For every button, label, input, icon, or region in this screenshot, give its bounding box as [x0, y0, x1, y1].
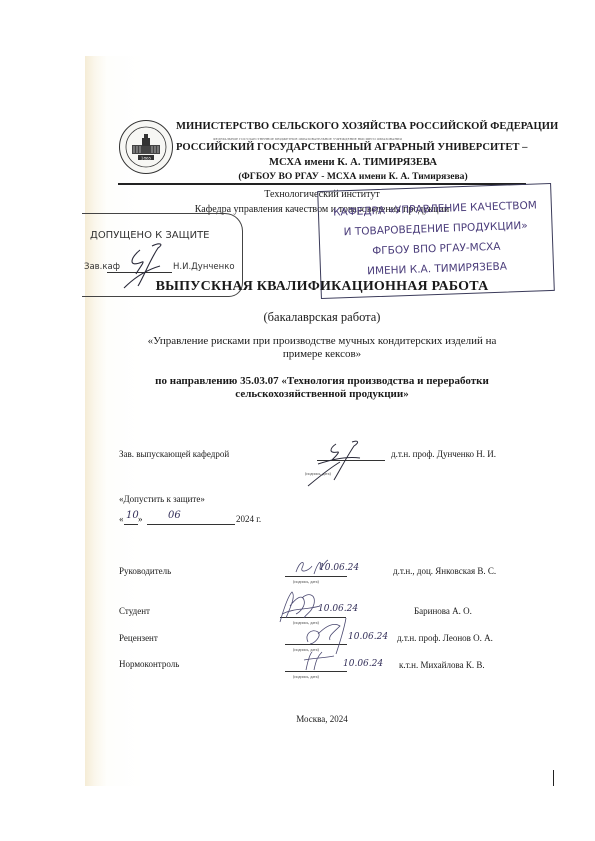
university-abbreviation: (ФГБОУ ВО РГАУ - МСХА имени К. А. Тимиря… [176, 171, 530, 182]
study-direction-line: по направлению 35.03.07 «Технология прои… [118, 375, 526, 388]
signatory-name: д.т.н., доц. Янковская В. С. [393, 566, 496, 576]
admission-stamp-role: Зав.каф [84, 262, 120, 272]
document-title: ВЫПУСКНАЯ КВАЛИФИКАЦИОННАЯ РАБОТА [118, 279, 526, 295]
city-year: Москва, 2024 [118, 714, 526, 724]
thesis-topic: «Управление рисками при производстве муч… [118, 335, 526, 361]
signatory-role: Нормоконтроль [119, 659, 179, 669]
supervisor-signature [290, 558, 330, 580]
ministry-name: МИНИСТЕРСТВО СЕЛЬСКОГО ХОЗЯЙСТВА РОССИЙС… [176, 121, 558, 132]
signatory-role: Студент [119, 606, 150, 616]
admission-year: 2024 г. [236, 514, 261, 524]
svg-text:1865: 1865 [141, 155, 152, 160]
university-name: РОССИЙСКИЙ ГОСУДАРСТВЕННЫЙ АГРАРНЫЙ УНИВ… [176, 142, 527, 153]
head-of-department-label: Зав. выпускающей кафедрой [119, 449, 229, 459]
admission-day: 10 [126, 510, 139, 521]
page-edge-mark [553, 770, 554, 786]
admission-close-quote: » [138, 514, 143, 524]
institution-type: ФЕДЕРАЛЬНОЕ ГОСУДАРСТВЕННОЕ БЮДЖЕТНОЕ ОБ… [213, 137, 402, 141]
university-logo-emblem: 1865 [119, 120, 173, 174]
thesis-topic-line: «Управление рисками при производстве муч… [118, 335, 526, 348]
normcontrol-signature [300, 648, 340, 672]
signatory-role: Рецензент [119, 633, 158, 643]
admission-stamp-name: Н.И.Дунченко [173, 262, 235, 272]
header-divider [118, 183, 526, 185]
admission-day-line [124, 524, 138, 525]
head-of-department-signature [300, 440, 390, 490]
thesis-topic-line: примере кексов» [118, 348, 526, 361]
department-stamp-text: КАФЕДРА «УПРАВЛЕНИЕ КАЧЕСТВОМ И ТОВАРОВЕ… [319, 195, 554, 283]
admission-label: «Допустить к защите» [119, 494, 205, 504]
admission-open-quote: « [119, 514, 124, 524]
work-type: (бакалаврская работа) [118, 310, 526, 325]
signatory-name: д.т.н. проф. Леонов О. А. [397, 633, 493, 643]
head-of-department-name: д.т.н. проф. Дунченко Н. И. [391, 449, 496, 459]
signatory-caption: (подпись, дата) [293, 674, 319, 679]
university-name-line2: МСХА имени К. А. ТИМИРЯЗЕВА [176, 157, 530, 168]
admission-month: 06 [168, 510, 181, 521]
signatory-role: Руководитель [119, 566, 171, 576]
signatory-name: к.т.н. Михайлова К. В. [399, 660, 485, 670]
university-building-icon: 1865 [120, 121, 172, 173]
signatory-name: Баринова А. О. [414, 606, 472, 616]
admission-month-line [147, 524, 235, 525]
signatory-date: 10.06.24 [343, 659, 383, 669]
study-direction: по направлению 35.03.07 «Технология прои… [118, 375, 526, 401]
signatory-date: 10.06.24 [318, 604, 358, 614]
study-direction-line: сельскохозяйственной продукции» [118, 388, 526, 401]
